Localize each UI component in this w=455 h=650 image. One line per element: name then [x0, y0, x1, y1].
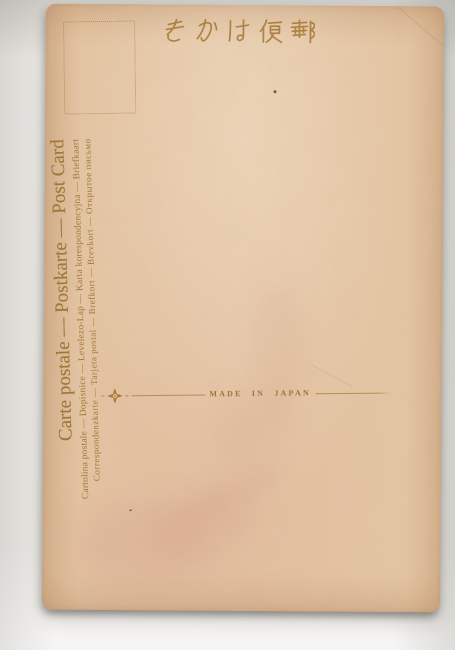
stamp-box — [63, 20, 136, 114]
divider-rule-right — [315, 392, 391, 394]
made-in-japan-label: MADE IN JAPAN — [205, 389, 315, 398]
stain-blob — [169, 458, 289, 532]
postcard: きかは便郵 — [42, 4, 444, 613]
rule-dash — [101, 395, 104, 396]
stain-blob — [138, 481, 269, 569]
kana-ka-glyph-icon — [194, 17, 219, 45]
ink-speck — [274, 90, 277, 93]
maltese-cross-fleuron-icon — [106, 387, 123, 404]
kanji-yu-glyph-icon — [290, 17, 315, 45]
language-lines-block: Carte postale — Postkarte — Post Card Ca… — [46, 138, 109, 539]
photo-backdrop: きかは便郵 — [0, 0, 455, 650]
rule-dash — [125, 395, 128, 396]
made-in-japan-divider: MADE IN JAPAN — [101, 384, 391, 405]
kana-ha-glyph-icon — [226, 17, 251, 45]
kana-ki-glyph-icon — [162, 16, 187, 44]
jp-postcard-title: きかは便郵 — [162, 14, 315, 47]
divider-rule-left — [131, 394, 205, 396]
corner-crease — [386, 4, 444, 53]
ink-speck — [130, 509, 132, 511]
kanji-bin-glyph-icon — [258, 17, 283, 45]
